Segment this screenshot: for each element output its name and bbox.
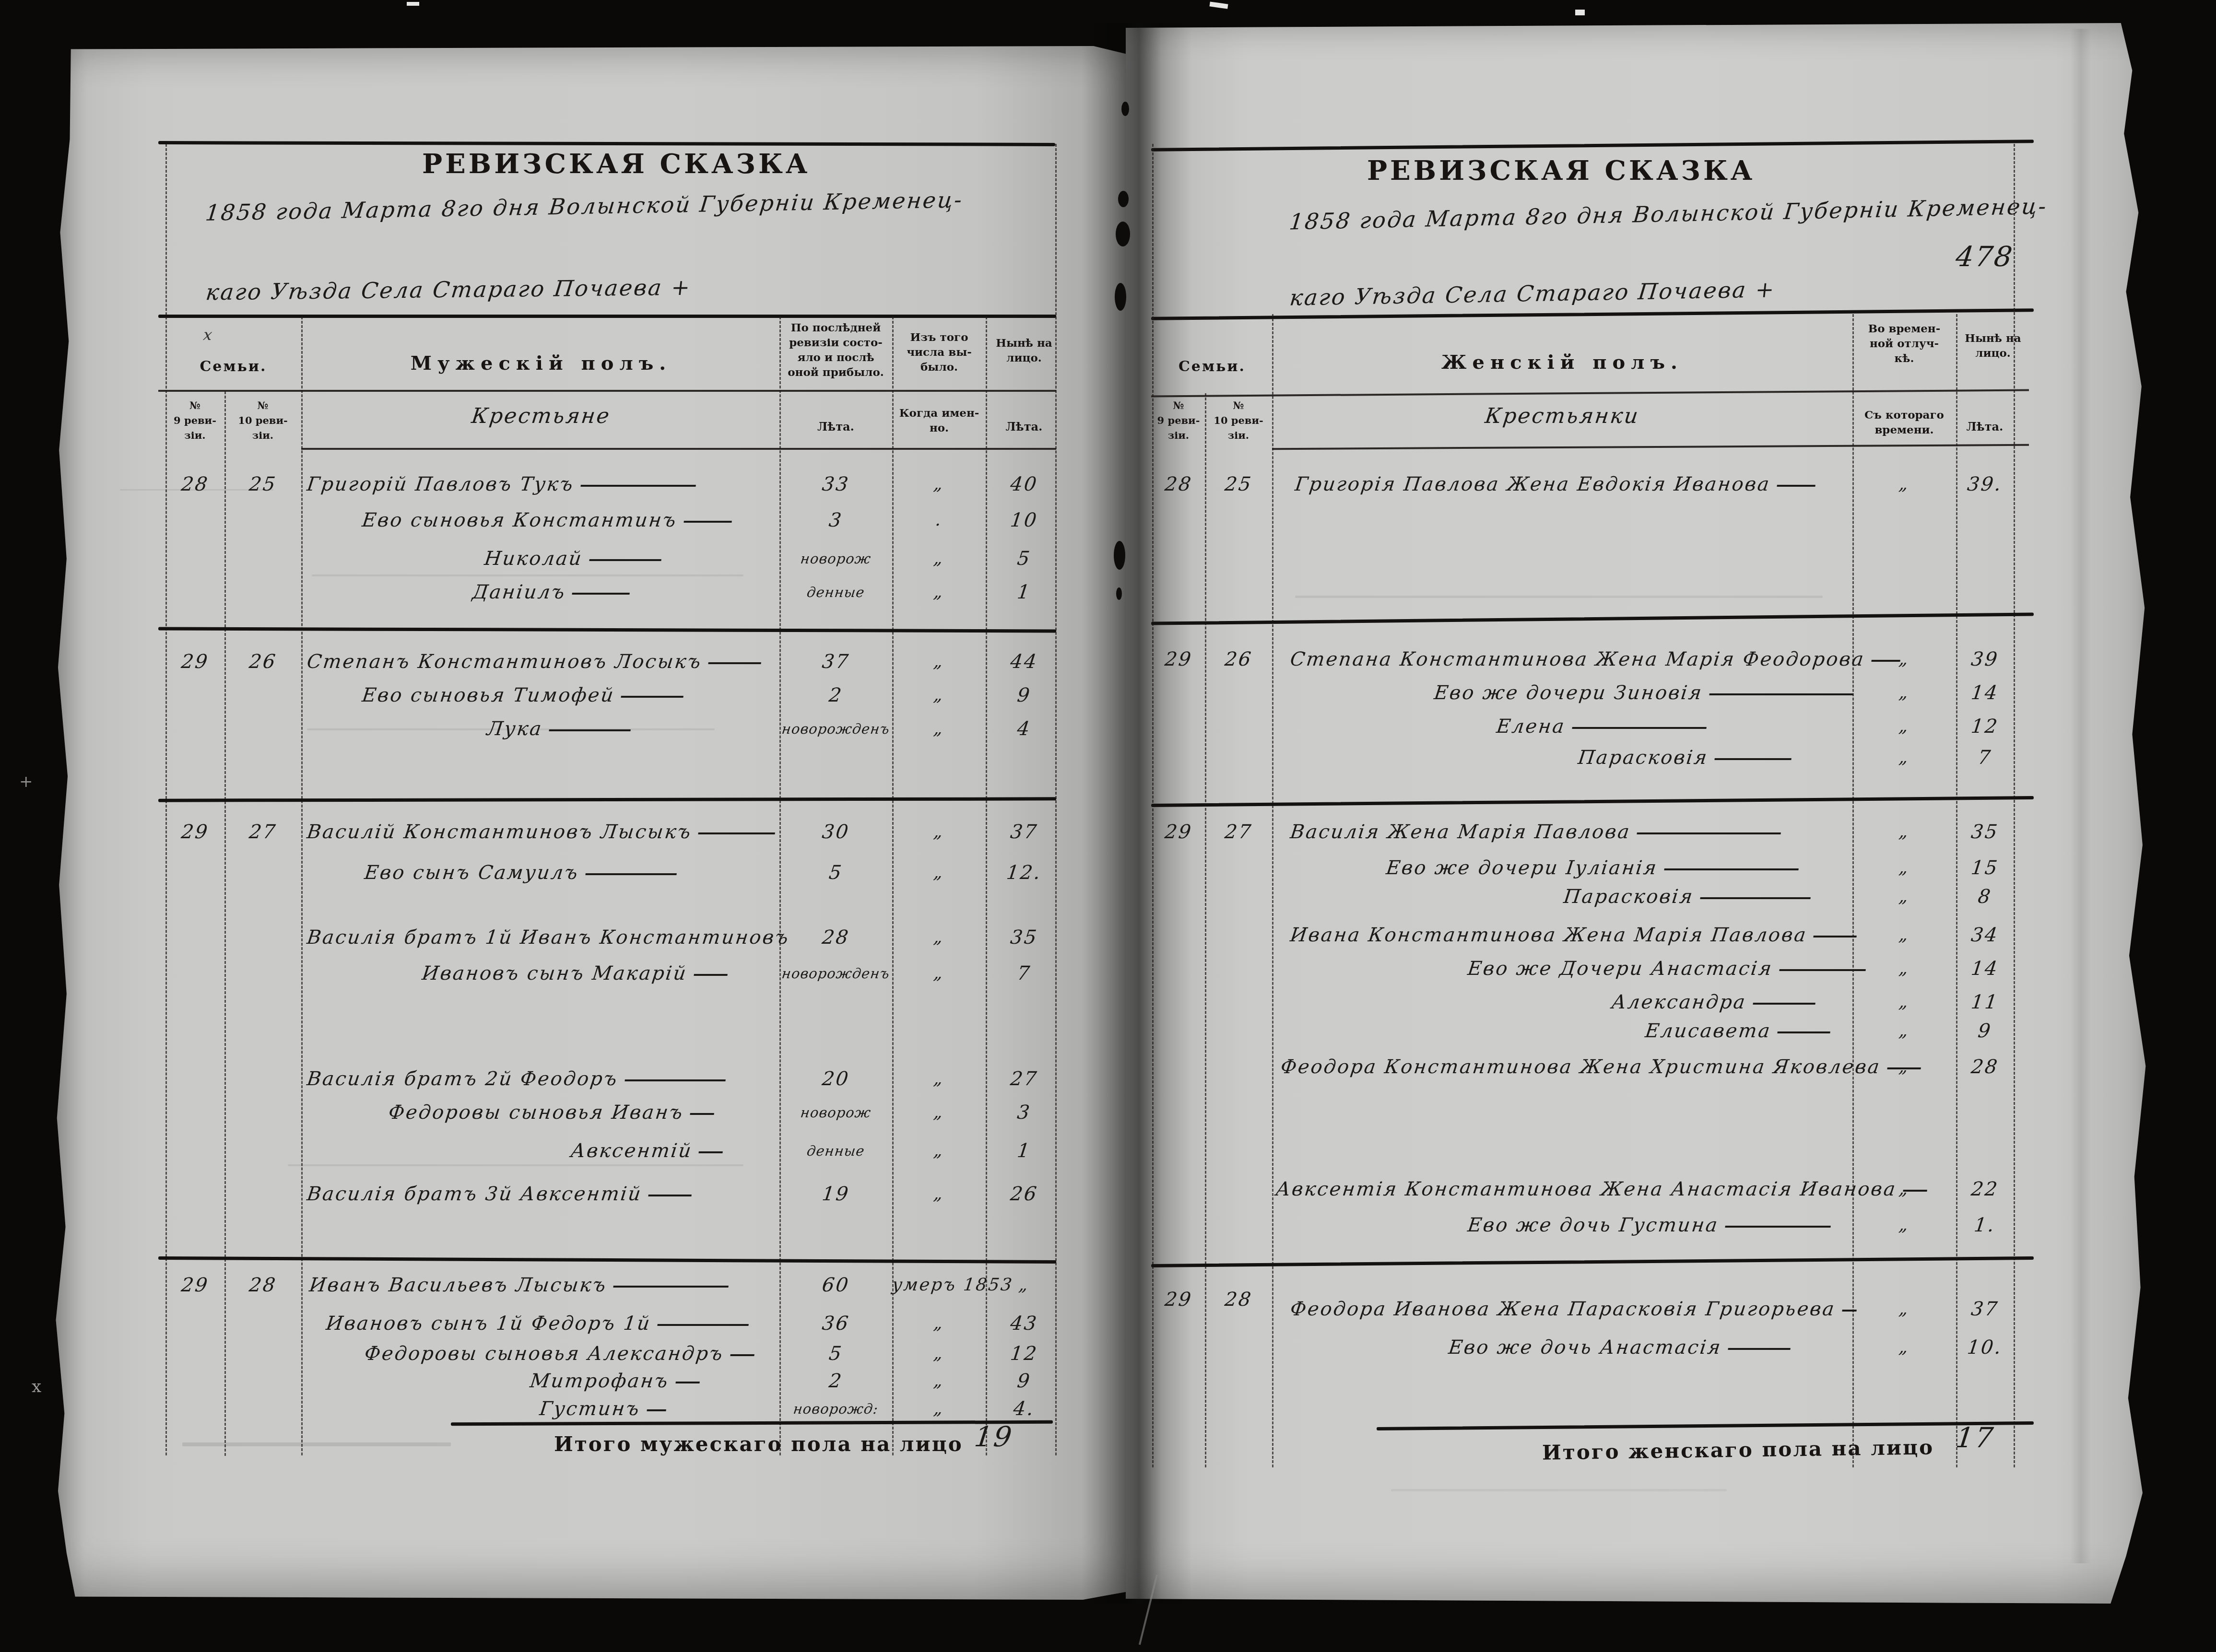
- departed-when: „: [890, 923, 987, 952]
- person-name: Ивановъ сынъ Макарій: [420, 959, 729, 988]
- person-name: Василія Жена Марія Павлова: [1288, 818, 1783, 846]
- family-no-10: 27: [1203, 818, 1273, 846]
- age-now: 1: [984, 1136, 1064, 1165]
- age-now: 9: [984, 1367, 1064, 1395]
- subcol-rev9: № 9 реви- зіи.: [1152, 398, 1205, 443]
- smudge: [312, 574, 743, 576]
- age-prev: 36: [778, 1309, 894, 1338]
- family-no-9: 28: [1150, 470, 1206, 499]
- departed-when: „: [890, 1339, 987, 1368]
- away-since: „: [1851, 1333, 1957, 1362]
- age-now: 34: [1954, 921, 2015, 949]
- person-name: Густинъ: [538, 1394, 668, 1423]
- age-prev: новорожденъ: [778, 715, 894, 743]
- col-header-departed: Изъ того числа вы- было.: [893, 330, 985, 375]
- departed-when: „: [890, 578, 987, 607]
- col-header-female-sex: Женскій полъ.: [1272, 348, 1852, 377]
- age-now: 37: [1954, 1295, 2015, 1324]
- page-crease: [2070, 29, 2091, 1563]
- person-name: Василія братъ 3й Авксентій: [305, 1180, 694, 1208]
- header-rule: [158, 390, 1056, 392]
- family-no-10: 26: [223, 647, 303, 676]
- group-label-peasants: Крестьяне: [299, 402, 782, 431]
- age-now: 39.: [1954, 470, 2015, 499]
- departed-when: .: [890, 506, 987, 535]
- age-prev: 37: [778, 647, 894, 676]
- departed-when: „: [890, 647, 987, 676]
- family-no-10: 25: [1203, 470, 1273, 499]
- person-name: Степанъ Константиновъ Лосыкъ: [305, 647, 763, 676]
- person-name: Ево сыновья Тимофей: [360, 681, 685, 710]
- age-prev: денные: [778, 578, 894, 607]
- person-name: Авксентій: [569, 1136, 725, 1165]
- age-now: 15: [1954, 854, 2015, 882]
- age-prev: 33: [778, 470, 894, 499]
- stitch-mark: [1115, 283, 1126, 311]
- person-name: Ивановъ сынъ 1й Федоръ 1й: [324, 1309, 751, 1338]
- away-since: „: [1851, 854, 1957, 882]
- person-name: Николай: [483, 544, 663, 573]
- away-since: „: [1851, 1053, 1957, 1081]
- person-name: Ево же дочь Анастасія: [1447, 1333, 1792, 1362]
- person-name: Ево же дочь Густина: [1466, 1211, 1832, 1240]
- family-no-9: 29: [1150, 1285, 1206, 1314]
- person-name: Даніилъ: [471, 578, 632, 607]
- person-name: Ево сыновья Константинъ: [360, 506, 733, 535]
- stitch-mark: [1116, 222, 1130, 246]
- departed-when: „: [890, 544, 987, 573]
- smudge: [1391, 1489, 1727, 1491]
- person-name: Ивана Константинова Жена Марія Павлова: [1288, 921, 1859, 949]
- person-name: Александра: [1610, 988, 1817, 1017]
- scan-speck: [1575, 10, 1585, 15]
- subcol-years-now: Лѣта.: [1956, 412, 2014, 441]
- person-name: Елисавета: [1643, 1017, 1832, 1045]
- age-prev: новорожд:: [778, 1394, 894, 1423]
- departed-when: „: [890, 1394, 987, 1423]
- person-name: Ево сынъ Самуилъ: [363, 858, 678, 887]
- male-total-value: 19: [973, 1422, 1014, 1451]
- away-since: „: [1851, 645, 1957, 674]
- away-since: „: [1851, 818, 1957, 846]
- departed-when: „: [890, 1367, 987, 1395]
- age-prev: 19: [778, 1180, 894, 1208]
- subcol-when-exactly: Когда имен- но.: [893, 406, 985, 435]
- family-no-9: 29: [164, 1271, 226, 1300]
- person-name: Митрофанъ: [528, 1367, 701, 1395]
- age-now: 14: [1954, 679, 2015, 707]
- table-top-rule: [158, 315, 1056, 318]
- away-since: „: [1851, 921, 1957, 949]
- age-now: 3: [984, 1098, 1064, 1127]
- subheader-rule: [301, 448, 1056, 450]
- age-prev: 2: [778, 1367, 894, 1395]
- family-no-10: 28: [1203, 1285, 1273, 1314]
- person-name: Федоровы сыновья Александръ: [363, 1339, 756, 1368]
- age-now: 10.: [1954, 1333, 2015, 1362]
- family-no-9: 29: [164, 647, 226, 676]
- age-now: 44: [984, 647, 1064, 676]
- scan-speck: [1209, 1, 1228, 9]
- age-now: 35: [1954, 818, 2015, 846]
- family-no-9: 29: [164, 818, 226, 846]
- age-prev: новорожденъ: [778, 959, 894, 988]
- family-no-9: 28: [164, 470, 226, 499]
- away-since: „: [1851, 679, 1957, 707]
- age-now: 7: [984, 959, 1064, 988]
- person-name: Иванъ Васильевъ Лысыкъ: [307, 1271, 731, 1300]
- col-header-male-sex: Мужескій полъ.: [301, 349, 781, 378]
- departed-when: „: [890, 715, 987, 743]
- age-prev: 5: [778, 858, 894, 887]
- age-prev: 2: [778, 681, 894, 710]
- smudge: [182, 1442, 451, 1446]
- page-title: РЕВИЗСКАЯ СКАЗКА: [422, 150, 777, 178]
- departed-when: „: [890, 1136, 987, 1165]
- age-now: 39: [1954, 645, 2015, 674]
- away-since: „: [1851, 882, 1957, 911]
- departed-when: „: [890, 818, 987, 846]
- age-now: 8: [1954, 882, 2015, 911]
- age-now: 1.: [1954, 1211, 2015, 1240]
- family-no-10: 27: [223, 818, 303, 846]
- age-now: 7: [1954, 743, 2015, 772]
- female-total-label: Итого женскаго пола на лицо: [1542, 1433, 1934, 1467]
- col-header-prev-revision: По послѣдней ревизіи состо- яло и послѣ …: [782, 320, 890, 380]
- subcol-rev10: № 10 реви- зіи.: [224, 398, 301, 443]
- family-no-9: 29: [1150, 818, 1206, 846]
- person-name: Ево же дочери Іуліанія: [1384, 854, 1800, 882]
- person-name: Феодора Константинова Жена Христина Яков…: [1279, 1053, 1922, 1081]
- age-prev: 3: [778, 506, 894, 535]
- age-now: 26: [984, 1180, 1064, 1208]
- table-vline: [301, 316, 303, 1455]
- departed-when: „: [890, 1098, 987, 1127]
- person-name: Григорій Павловъ Тукъ: [305, 470, 697, 499]
- age-prev: новорож: [778, 544, 894, 573]
- age-now: 35: [984, 923, 1064, 952]
- age-now: 12: [984, 1339, 1064, 1368]
- person-name: Ево же Дочери Анастасія: [1466, 954, 1867, 983]
- subcol-rev9: № 9 реви- зіи.: [165, 398, 224, 443]
- person-name: Василія братъ 2й Феодоръ: [305, 1065, 727, 1093]
- date-line-2: каго Уѣзда Села Стараго Почаева +: [204, 273, 693, 307]
- age-now: 28: [1954, 1053, 2015, 1081]
- col-header-now-present: Нынѣ на лицо.: [987, 336, 1061, 365]
- family-no-10: 25: [223, 470, 303, 499]
- age-now: 10: [984, 506, 1064, 535]
- age-now: 12: [1954, 712, 2015, 741]
- person-name: Парасковія: [1576, 743, 1793, 772]
- departed-when: „: [890, 858, 987, 887]
- age-now: 9: [984, 681, 1064, 710]
- away-since: „: [1851, 1017, 1957, 1045]
- away-since: „: [1851, 743, 1957, 772]
- table-vline: [2014, 144, 2015, 1467]
- family-no-9: 29: [1150, 645, 1206, 674]
- departed-when: „: [890, 681, 987, 710]
- margin-plus-mark: +: [19, 767, 33, 796]
- away-since: „: [1851, 470, 1957, 499]
- scan-speck: [407, 2, 419, 6]
- person-name: Федоровы сыновья Иванъ: [387, 1098, 716, 1127]
- person-name: Василія братъ 1й Иванъ Константиновъ: [305, 923, 798, 952]
- family-no-10: 28: [223, 1271, 303, 1300]
- away-since: „: [1851, 988, 1957, 1017]
- person-name: Елена: [1495, 712, 1708, 741]
- age-now: 37: [984, 818, 1064, 846]
- subcol-years-now: Лѣта.: [986, 412, 1062, 441]
- age-prev: 30: [778, 818, 894, 846]
- col-header-now-present: Нынѣ на лицо.: [1957, 331, 2029, 361]
- age-now: 11: [1954, 988, 2015, 1017]
- subcol-years: Лѣта.: [779, 412, 892, 441]
- away-since: „: [1851, 1175, 1957, 1204]
- departed-when: „: [890, 1309, 987, 1338]
- family-no-10: 26: [1203, 645, 1273, 674]
- age-prev: 5: [778, 1339, 894, 1368]
- person-name: Ево же дочери Зиновія: [1432, 679, 1855, 707]
- stitch-mark: [1114, 541, 1125, 570]
- age-prev: 20: [778, 1065, 894, 1093]
- female-total-value: 17: [1954, 1423, 1996, 1452]
- age-now: 4.: [984, 1394, 1064, 1423]
- person-name: Степана Константинова Жена Марія Феодоро…: [1288, 645, 1902, 674]
- away-since: „: [1851, 1211, 1957, 1240]
- departed-when: умеръ 1853: [890, 1271, 987, 1300]
- departed-when: „: [890, 1065, 987, 1093]
- age-prev: новорож: [778, 1098, 894, 1127]
- age-prev: 28: [778, 923, 894, 952]
- stitch-mark: [1118, 191, 1129, 207]
- person-name: Лука: [485, 715, 633, 743]
- away-since: „: [1851, 1295, 1957, 1324]
- person-name: Григорія Павлова Жена Евдокія Иванова: [1293, 470, 1817, 499]
- person-name: Парасковія: [1562, 882, 1812, 911]
- departed-when: „: [890, 1180, 987, 1208]
- subcol-since-when: Съ котораго времени.: [1853, 408, 1955, 437]
- smudge: [1295, 596, 1823, 598]
- stitch-mark: [1116, 587, 1122, 600]
- book-gutter-shadow: [1082, 23, 1192, 1604]
- scanned-book-spread: + x РЕВИЗСКАЯ СКАЗКА 1858 года Марта 8го…: [0, 0, 2216, 1652]
- departed-when: „: [890, 959, 987, 988]
- group-label-peasants: Крестьянки: [1270, 402, 1854, 431]
- stitch-mark: [1121, 102, 1129, 116]
- age-now: 4: [984, 715, 1064, 743]
- subcol-rev10: № 10 реви- зіи.: [1205, 398, 1272, 443]
- col-header-family: Семьи.: [1152, 352, 1272, 381]
- age-now: 9: [1954, 1017, 2015, 1045]
- departed-when: „: [890, 470, 987, 499]
- page-title: РЕВИЗСКАЯ СКАЗКА: [1367, 156, 1732, 185]
- col-header-family: Семьи.: [165, 352, 301, 381]
- age-prev: денные: [778, 1136, 894, 1165]
- person-name: Василій Константиновъ Лысыкъ: [305, 818, 777, 846]
- age-now: 27: [984, 1065, 1064, 1093]
- person-name: Авксентія Константинова Жена Анастасія И…: [1274, 1175, 1929, 1204]
- margin-x-mark: x: [32, 1372, 41, 1401]
- age-now: „: [984, 1271, 1064, 1300]
- age-prev: 60: [778, 1271, 894, 1300]
- away-since: „: [1851, 712, 1957, 741]
- age-now: 43: [984, 1309, 1064, 1338]
- away-since: „: [1851, 954, 1957, 983]
- male-total-label: Итого мужескаго пола на лицо: [554, 1430, 963, 1459]
- age-now: 5: [984, 544, 1064, 573]
- folio-page-number: 478: [1954, 242, 2015, 271]
- person-name: Феодора Иванова Жена Парасковія Григорье…: [1288, 1295, 1858, 1324]
- col-header-away: Во времен- ной отлуч- кѣ.: [1853, 321, 1955, 366]
- age-now: 1: [984, 578, 1064, 607]
- age-now: 14: [1954, 954, 2015, 983]
- age-now: 12.: [984, 858, 1064, 887]
- age-now: 22: [1954, 1175, 2015, 1204]
- age-now: 40: [984, 470, 1064, 499]
